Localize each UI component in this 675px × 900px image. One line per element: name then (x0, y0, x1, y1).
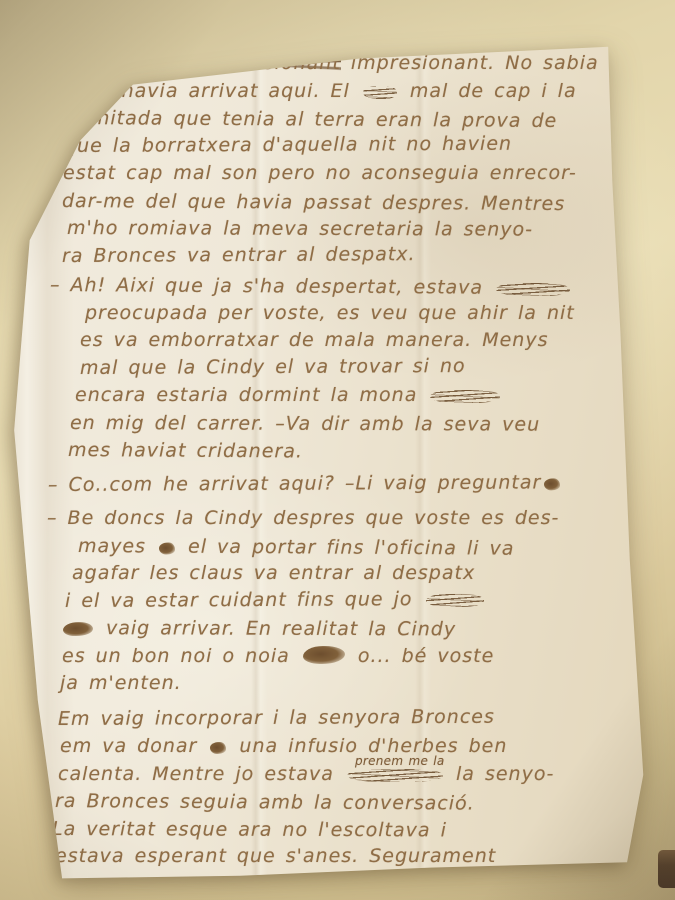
manuscript-line: em va donar una infusio d'herbes ben (60, 733, 635, 761)
scribbled-out-word: prenem me la (347, 769, 443, 782)
manuscript-line: i el va estar cuidant fins que jo (65, 585, 635, 615)
dark-object-right-edge (658, 850, 675, 888)
scribbled-out-word (425, 593, 483, 606)
manuscript-line: agafar les claus va entrar al despatx (72, 560, 635, 588)
text-run: i el va estar cuidant fins que jo (65, 588, 423, 612)
text-run: mes haviat cridanera. (68, 439, 303, 462)
text-run: com havia arrivat aqui. El (68, 80, 360, 102)
manuscript-line: Em vaig incorporar i la senyora Bronces (58, 702, 635, 733)
text-run: – Co..com he arrivat aqui? –Li vaig preg… (48, 471, 541, 496)
text-run: m'ho romiava la meva secretaria la senyo… (67, 217, 533, 241)
paper-shadow-wrapper: mal de cap impossionant impresionant. No… (0, 0, 675, 900)
ink-blot (210, 742, 226, 754)
ink-blot (63, 622, 93, 636)
text-run: estava esperant que s'anes. Segurament (55, 845, 496, 867)
manuscript-line: es un bon noi o noia o... bé voste (62, 643, 635, 671)
text-run: agafar les claus va entrar al despatx (72, 562, 475, 584)
text-run: es va emborratxar de mala manera. Menys (80, 329, 548, 351)
text-run: ra Bronces seguia amb la conversació. (55, 790, 475, 815)
manuscript-line: La veritat esque ara no l'escoltava i (52, 816, 635, 846)
text-run: mal de cap (70, 52, 201, 74)
manuscript-line: ja m'enten. (60, 670, 635, 698)
manuscript-line: mal que la Cindy el va trovar si no (80, 352, 635, 382)
manuscript-line: com havia arrivat aqui. El mal de cap i … (68, 78, 635, 106)
text-run: vomitada que tenia al terra eran la prov… (66, 107, 557, 132)
text-run: mayes (78, 535, 156, 557)
ink-blot (544, 478, 560, 490)
text-run: em va donar (60, 735, 207, 757)
manuscript-line: vaig arrivar. En realitat la Cindy (60, 615, 635, 645)
manuscript-line: preocupada per voste, es veu que ahir la… (85, 300, 635, 328)
text-run: o... bé voste (348, 645, 495, 667)
handwritten-letter-paper: mal de cap impossionant impresionant. No… (0, 0, 675, 900)
manuscript-lines: mal de cap impossionant impresionant. No… (70, 50, 635, 871)
manuscript-line: – Be doncs la Cindy despres que voste es… (47, 505, 635, 533)
ink-blot (159, 542, 175, 554)
manuscript-line: dar-me del que havia passat despres. Men… (62, 188, 635, 219)
scribbled-out-word (430, 390, 500, 403)
text-run: Em vaig incorporar i la senyora Bronces (58, 705, 495, 729)
text-run: vaig arrivar. En realitat la Cindy (96, 617, 456, 640)
manuscript-line: que la borratxera d'aquella nit no havie… (64, 130, 635, 160)
text-run: el va portar fins l'oficina li va (178, 535, 515, 559)
text-run: – Ah! Aixi que ja s'ha despertat, estava (50, 274, 493, 299)
manuscript-line: en mig del carrer. –Va dir amb la seva v… (70, 410, 635, 439)
scribbled-out-word (496, 283, 570, 296)
text-run: que la borratxera d'aquella nit no havie… (64, 132, 512, 156)
manuscript-line: mes haviat cridanera. (68, 437, 635, 468)
text-run: – Be doncs la Cindy despres que voste es… (47, 507, 559, 529)
inserted-correction: prenem me la (355, 755, 445, 767)
text-run: es un bon noi o noia (62, 645, 300, 667)
text-run: dar-me del que havia passat despres. Men… (62, 190, 565, 215)
text-run: preocupada per voste, es veu que ahir la… (85, 302, 575, 324)
manuscript-line: calenta. Mentre jo estava prenem me la l… (58, 761, 635, 789)
text-run: la senyo- (446, 763, 554, 785)
text-run: ra Bronces va entrar al despatx. (62, 243, 416, 267)
manuscript-line: – Ah! Aixi que ja s'ha despertat, estava (50, 272, 635, 303)
text-run: en mig del carrer. –Va dir amb la seva v… (70, 412, 540, 436)
text-run: ja m'enten. (60, 672, 182, 694)
manuscript-line: – Co..com he arrivat aqui? –Li vaig preg… (48, 468, 635, 499)
manuscript-line: mayes el va portar fins l'oficina li va (78, 533, 635, 564)
manuscript-line: estat cap mal son pero no aconseguia enr… (63, 160, 635, 188)
text-run: encara estaria dormint la mona (75, 384, 427, 406)
manuscript-line: estava esperant que s'anes. Segurament (55, 843, 635, 871)
text-run: La veritat esque ara no l'escoltava i (52, 818, 447, 841)
manuscript-line: es va emborratxar de mala manera. Menys (80, 327, 635, 355)
manuscript-line: ra Bronces va entrar al despatx. (62, 239, 635, 269)
text-run: estat cap mal son pero no aconseguia enr… (63, 162, 577, 184)
text-run: mal de cap i la (400, 80, 577, 102)
manuscript-line: mal de cap impossionant impresionant. No… (70, 50, 635, 78)
scribbled-out-word (363, 86, 397, 99)
text-run: calenta. Mentre jo estava (58, 763, 344, 785)
manuscript-line: ra Bronces seguia amb la conversació. (55, 788, 635, 819)
text-run: mal que la Cindy el va trovar si no (80, 354, 466, 378)
manuscript-line: encara estaria dormint la mona (75, 382, 635, 410)
text-run: impresionant. No sabia (341, 52, 599, 74)
ink-blot (303, 646, 345, 664)
photo-of-handwritten-page: mal de cap impossionant impresionant. No… (0, 0, 675, 900)
crossed-out-word: impossionant (201, 52, 340, 74)
